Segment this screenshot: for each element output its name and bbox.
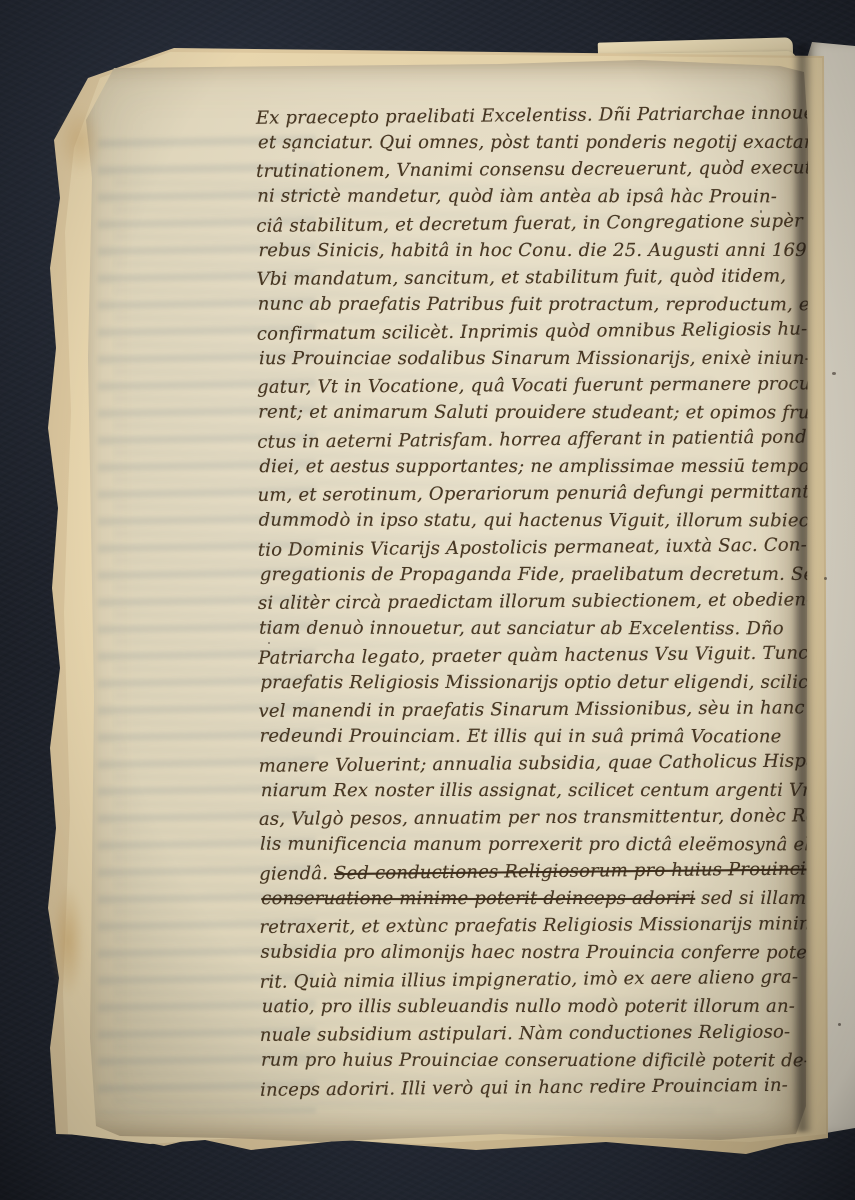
line-text: et sanciatur. Qui omnes, pòst tanti pond… bbox=[258, 132, 821, 153]
line-text: Ex praecepto praelibati Excelentiss. Dñi… bbox=[256, 102, 843, 129]
line-text: lis munificencia manum porrexerit pro di… bbox=[260, 834, 836, 856]
manuscript-line: rit. Quià nimia illius impigneratio, imò… bbox=[260, 963, 840, 996]
line-text: ni strictè mandetur, quòd iàm antèa ab i… bbox=[257, 186, 777, 208]
manuscript-line: gregationis de Propaganda Fide, praeliba… bbox=[260, 561, 838, 588]
line-text: giendâ. bbox=[259, 863, 334, 885]
manuscript-line: tiam denuò innouetur, aut sanciatur ab E… bbox=[259, 615, 838, 643]
line-text: redeundi Prouinciam. Et illis qui in suâ… bbox=[260, 726, 782, 748]
manuscript-lines: Ex praecepto praelibati Excelentiss. Dñi… bbox=[256, 101, 840, 1103]
manuscript-line: vel manendi in praefatis Sinarum Mission… bbox=[258, 694, 838, 725]
line-text: niarum Rex noster illis assignat, scilic… bbox=[261, 780, 837, 801]
struck-text: Sed conductiones Religiosorum pro huius … bbox=[334, 858, 828, 884]
line-text: nunc ab praefatis Patribus fuit protract… bbox=[258, 294, 818, 316]
line-text: as, Vulgò pesos, annuatim per nos transm… bbox=[259, 805, 846, 830]
manuscript-line: uatio, pro illis subleuandis nullo modò … bbox=[262, 993, 840, 1020]
manuscript-line: ni strictè mandetur, quòd iàm antèa ab i… bbox=[257, 183, 836, 211]
manuscript-line: trutinationem, Vnanimi consensu decreuer… bbox=[256, 154, 836, 185]
ink-speck bbox=[292, 149, 295, 152]
line-text: inceps adoriri. Illi verò qui in hanc re… bbox=[260, 1075, 788, 1101]
manuscript-line: niarum Rex noster illis assignat, scilic… bbox=[261, 777, 839, 804]
manuscript-line: diei, et aestus supportantes; ne ampliss… bbox=[259, 453, 837, 480]
manuscript-line: gatur, Vt in Vocatione, quâ Vocati fueru… bbox=[257, 370, 837, 401]
line-text: Patriarcha legato, praeter quàm hactenus… bbox=[258, 643, 808, 669]
manuscript-line: redeundi Prouinciam. Et illis qui in suâ… bbox=[260, 723, 839, 751]
manuscript-line: giendâ. Sed conductiones Religiosorum pr… bbox=[259, 855, 839, 888]
manuscript-line: Vbi mandatum, sancitum, et stabilitum fu… bbox=[257, 262, 837, 293]
line-text: subsidia pro alimonijs haec nostra Proui… bbox=[261, 942, 814, 964]
manuscript-line: praefatis Religiosis Missionarijs optio … bbox=[260, 669, 838, 696]
manuscript-line: inceps adoriri. Illi verò qui in hanc re… bbox=[260, 1071, 840, 1104]
line-text: rum pro huius Prouinciae conseruatione d… bbox=[261, 1050, 810, 1072]
manuscript-line: retraxerit, et extùnc praefatis Religios… bbox=[259, 910, 839, 941]
manuscript-line: subsidia pro alimonijs haec nostra Proui… bbox=[261, 939, 840, 967]
line-text: vel manendi in praefatis Sinarum Mission… bbox=[258, 697, 804, 722]
line-text: dummodò in ipso statu, qui hactenus Vigu… bbox=[259, 510, 816, 532]
line-text: tiam denuò innouetur, aut sanciatur ab E… bbox=[259, 618, 784, 640]
manuscript-line: dummodò in ipso statu, qui hactenus Vigu… bbox=[259, 507, 838, 535]
line-text: gregationis de Propaganda Fide, praeliba… bbox=[260, 564, 826, 585]
line-text: nuale subsidium astipulari. Nàm conducti… bbox=[260, 1021, 791, 1045]
manuscript-line: confirmatum scilicèt. Inprimis quòd omni… bbox=[257, 315, 837, 348]
manuscript-line: Patriarcha legato, praeter quàm hactenus… bbox=[258, 639, 838, 672]
manuscript-line: conseruatione minime poterit deinceps ad… bbox=[261, 885, 839, 912]
manuscript-line: as, Vulgò pesos, annuatim per nos transm… bbox=[259, 802, 839, 833]
ink-speck bbox=[268, 642, 270, 644]
manuscript-line: ciâ stabilitum, et decretum fuerat, in C… bbox=[256, 207, 836, 240]
manuscript-line: um, et serotinum, Operariorum penuriâ de… bbox=[257, 478, 837, 509]
manuscript-line: rum pro huius Prouinciae conseruatione d… bbox=[261, 1047, 840, 1075]
manuscript-line: et sanciatur. Qui omnes, pòst tanti pond… bbox=[258, 129, 836, 156]
line-text: confirmatum scilicèt. Inprimis quòd omni… bbox=[257, 319, 808, 345]
line-text: ciâ stabilitum, et decretum fuerat, in C… bbox=[256, 211, 803, 237]
manuscript-line: rebus Sinicis, habitâ in hoc Conu. die 2… bbox=[258, 237, 836, 264]
struck-text: conseruatione minime poterit deinceps ad… bbox=[261, 888, 695, 909]
paper-stain bbox=[46, 866, 90, 1016]
manuscript-line: manere Voluerint; annualia subsidia, qua… bbox=[259, 747, 839, 780]
paper-stain bbox=[50, 96, 110, 186]
ink-speck bbox=[824, 577, 827, 580]
archival-photo-scene: Ex praecepto praelibati Excelentiss. Dñi… bbox=[0, 0, 855, 1200]
manuscript-line: nunc ab praefatis Patribus fuit protract… bbox=[258, 291, 837, 319]
ink-speck bbox=[832, 372, 836, 375]
manuscript-line: ius Prouinciae sodalibus Sinarum Mission… bbox=[259, 345, 837, 372]
line-text: ctus in aeterni Patrisfam. horrea affera… bbox=[257, 426, 828, 452]
line-text: um, et serotinum, Operariorum penuriâ de… bbox=[257, 481, 816, 506]
line-text: si alitèr circà praedictam illorum subie… bbox=[258, 589, 813, 614]
manuscript-line: tio Dominis Vicarijs Apostolicis permane… bbox=[258, 531, 838, 564]
line-text: rebus Sinicis, habitâ in hoc Conu. die 2… bbox=[258, 240, 824, 261]
line-text: trutinationem, Vnanimi consensu decreuer… bbox=[256, 157, 835, 182]
manuscript-line: si alitèr circà praedictam illorum subie… bbox=[258, 586, 838, 617]
line-text: uatio, pro illis subleuandis nullo modò … bbox=[262, 996, 795, 1017]
manuscript-line: lis munificencia manum porrexerit pro di… bbox=[260, 831, 839, 859]
line-text: tio Dominis Vicarijs Apostolicis permane… bbox=[258, 535, 807, 561]
line-text: sed si illam bbox=[695, 888, 806, 909]
manuscript-page: Ex praecepto praelibati Excelentiss. Dñi… bbox=[80, 58, 808, 1142]
line-text: Vbi mandatum, sancitum, et stabilitum fu… bbox=[257, 265, 787, 289]
manuscript-line: ctus in aeterni Patrisfam. horrea affera… bbox=[257, 423, 837, 456]
ink-speck bbox=[760, 210, 762, 213]
line-text: rit. Quià nimia illius impigneratio, imò… bbox=[260, 967, 799, 993]
line-text: gatur, Vt in Vocatione, quâ Vocati fueru… bbox=[257, 373, 817, 398]
line-text: retraxerit, et extùnc praefatis Religios… bbox=[259, 913, 827, 938]
line-text: manere Voluerint; annualia subsidia, qua… bbox=[259, 750, 824, 776]
line-text: ius Prouinciae sodalibus Sinarum Mission… bbox=[259, 348, 811, 369]
line-text: praefatis Religiosis Missionarijs optio … bbox=[260, 672, 826, 693]
page-gutter-shadow bbox=[792, 44, 814, 1132]
manuscript-line: rent; et animarum Saluti prouidere stude… bbox=[258, 399, 837, 427]
line-text: rent; et animarum Saluti prouidere stude… bbox=[258, 402, 816, 424]
manuscript-line: Ex praecepto praelibati Excelentiss. Dñi… bbox=[256, 99, 836, 132]
line-text: diei, et aestus supportantes; ne ampliss… bbox=[259, 456, 855, 477]
manuscript-line: nuale subsidium astipulari. Nàm conducti… bbox=[260, 1018, 840, 1049]
ink-speck bbox=[838, 1023, 841, 1026]
